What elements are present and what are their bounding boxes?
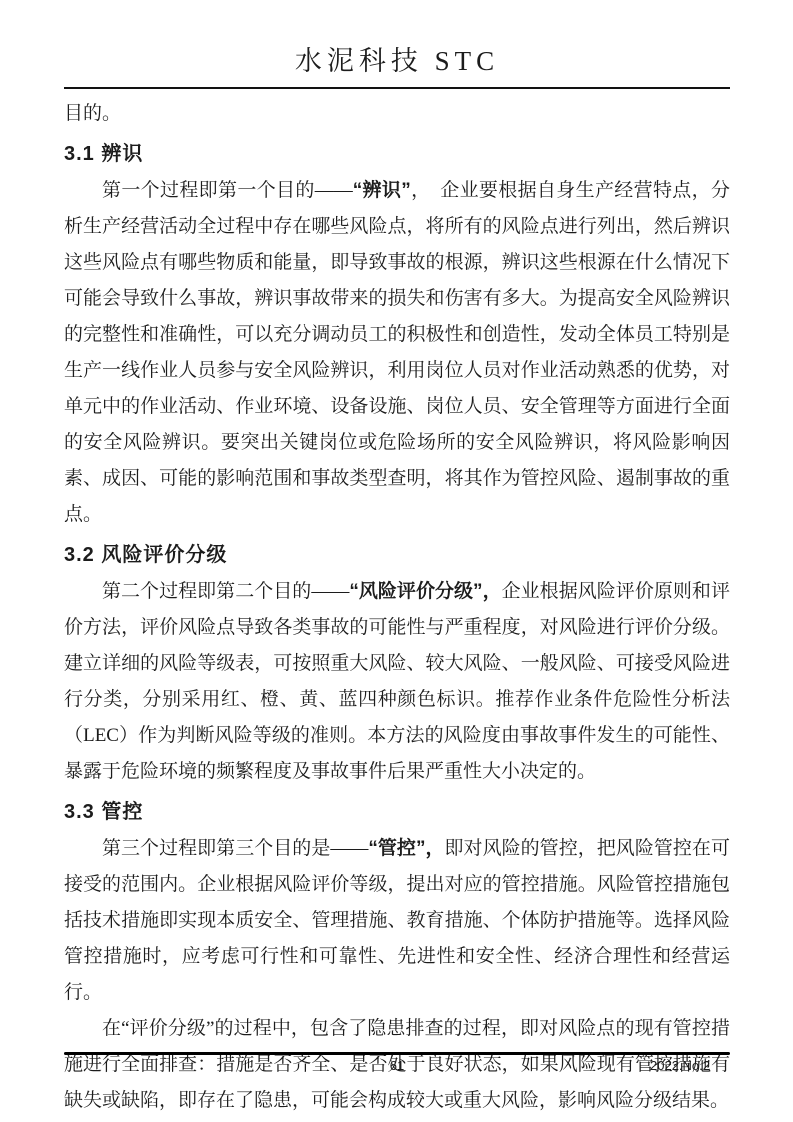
section-3-3-paragraph-1: 第三个过程即第三个目的是——“管控”，即对风险的管控，把风险管控在可接受的范围内… (64, 831, 730, 1011)
paragraph-text: 第三个过程即第三个目的是—— (102, 838, 368, 859)
header-rule (64, 87, 730, 89)
document-page: 水泥科技 STC 目的。 3.1 辨识 第一个过程即第一个目的——“辨识”， 企… (0, 0, 793, 1122)
paragraph-text: 即对风险的管控，把风险管控在可接受的范围内。企业根据风险评价等级，提出对应的管控… (64, 838, 730, 1003)
paragraph-text: 第二个过程即第二个目的—— (102, 581, 349, 602)
paragraph-text: 企业根据风险评价原则和评价方法，评价风险点导致各类事故的可能性与严重程度，对风险… (64, 581, 730, 782)
section-3-2-paragraph: 第二个过程即第二个目的——“风险评价分级”，企业根据风险评价原则和评价方法，评价… (64, 574, 730, 790)
footer-row: 61 2022.No.2 (64, 1058, 730, 1073)
section-heading-3-3: 3.3 管控 (64, 799, 730, 826)
page-number: 61 (64, 1058, 730, 1073)
section-heading-3-2: 3.2 风险评价分级 (64, 542, 730, 569)
carryover-text: 目的。 (64, 96, 730, 132)
section-heading-3-1: 3.1 辨识 (64, 141, 730, 168)
issue-label: 2022.No.2 (650, 1058, 710, 1073)
section-3-1-paragraph: 第一个过程即第一个目的——“辨识”， 企业要根据自身生产经营特点，分析生产经营活… (64, 173, 730, 533)
page-content: 水泥科技 STC 目的。 3.1 辨识 第一个过程即第一个目的——“辨识”， 企… (64, 45, 730, 1119)
journal-title: 水泥科技 STC (64, 45, 730, 77)
emphasis-term-identification: “辨识” (353, 180, 411, 201)
paragraph-text: 第一个过程即第一个目的—— (102, 180, 353, 201)
page-footer: 61 2022.No.2 (64, 1052, 730, 1073)
paragraph-text: ， 企业要根据自身生产经营特点，分析生产经营活动全过程中存在哪些风险点，将所有的… (64, 180, 730, 525)
footer-rule (64, 1052, 730, 1055)
emphasis-term-control: “管控”， (368, 838, 444, 859)
emphasis-term-risk-grading: “风险评价分级”， (349, 581, 501, 602)
